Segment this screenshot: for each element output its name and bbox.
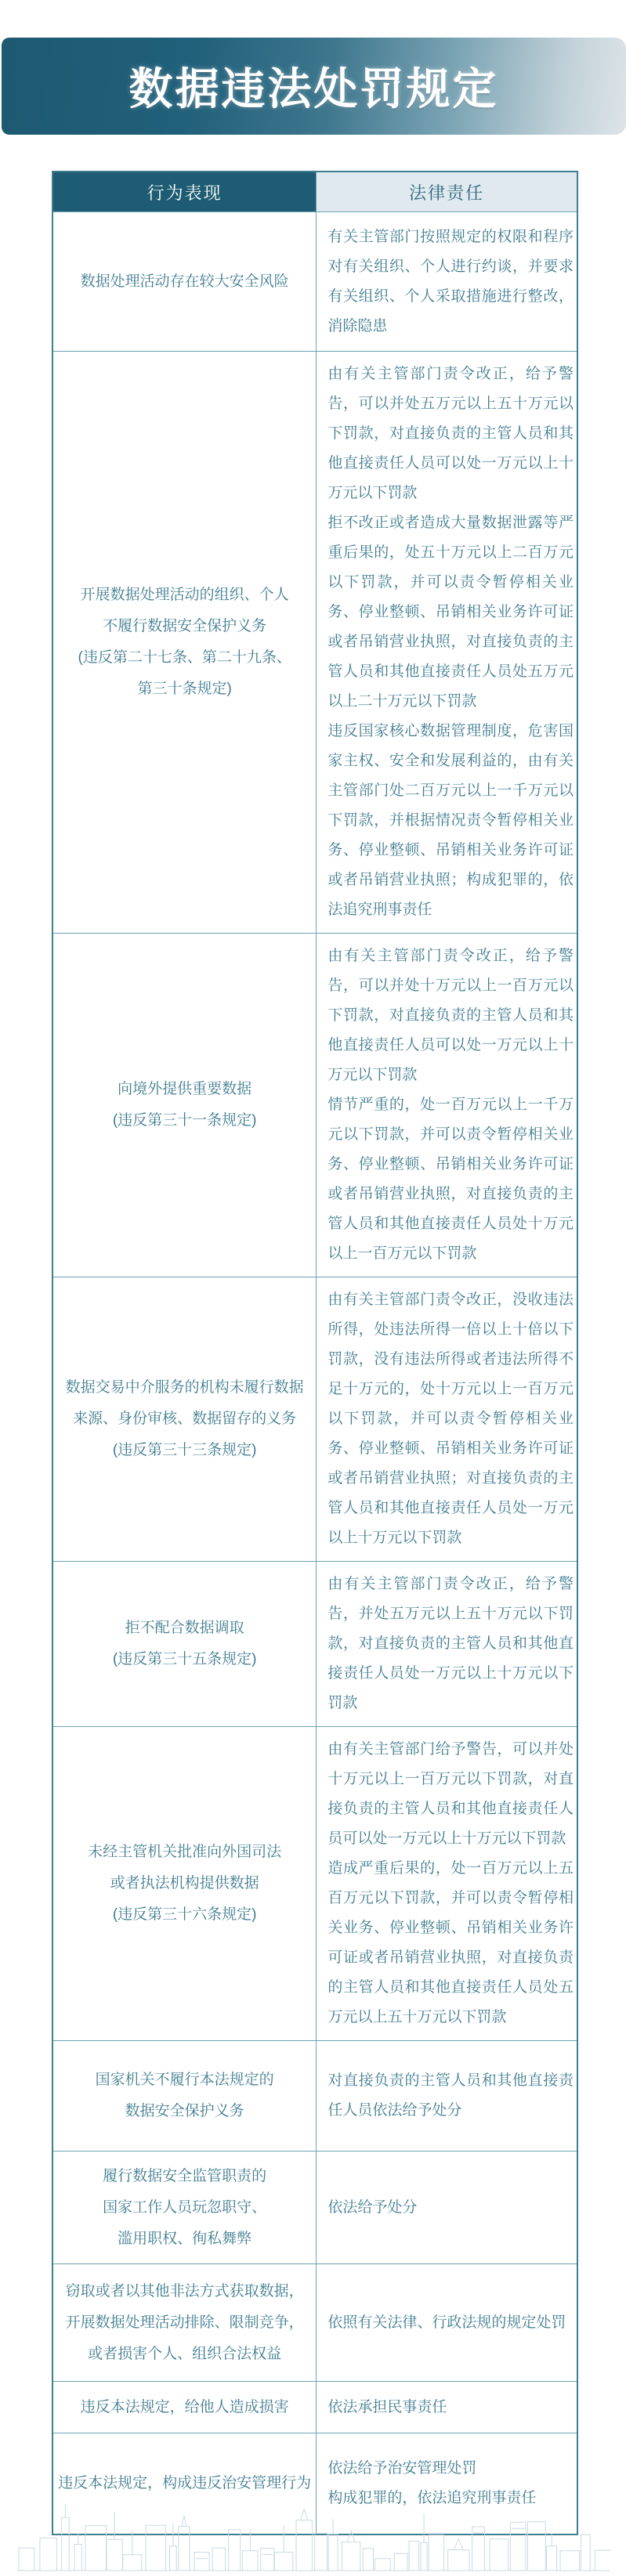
behavior-cell: 履行数据安全监管职责的国家工作人员玩忽职守、滥用职权、徇私舞弊	[53, 2151, 316, 2263]
liability-paragraph: 依法给予治安管理处罚	[327, 2454, 574, 2484]
table-row: 拒不配合数据调取(违反第三十五条规定)由有关主管部门责令改正，给予警告，并处五万…	[53, 1561, 577, 1726]
behavior-line: 或者损害个人、组织合法权益	[58, 2339, 311, 2370]
behavior-line: (违反第三十五条规定)	[58, 1644, 311, 1675]
behavior-line: 滥用职权、徇私舞弊	[58, 2224, 311, 2255]
liability-paragraph: 拒不改正或者造成大量数据泄露等严重后果的，处五十万元以上二百万元以下罚款，并可以…	[327, 508, 574, 717]
behavior-line: 向境外提供重要数据	[58, 1074, 311, 1105]
behavior-line: 窃取或者以其他非法方式获取数据，	[58, 2276, 311, 2307]
table-row: 国家机关不履行本法规定的数据安全保护义务对直接负责的主管人员和其他直接责任人员依…	[53, 2040, 577, 2151]
liability-paragraph: 违反国家核心数据管理制度，危害国家主权、安全和发展利益的，由有关主管部门处二百万…	[327, 717, 574, 925]
behavior-line: 数据处理活动存在较大安全风险	[58, 266, 311, 298]
table-row: 数据交易中介服务的机构未履行数据来源、身份审核、数据留存的义务(违反第三十三条规…	[53, 1277, 577, 1561]
table-row: 向境外提供重要数据(违反第三十一条规定)由有关主管部门责令改正，给予警告，可以并…	[53, 933, 577, 1277]
behavior-line: (违反第三十三条规定)	[58, 1435, 311, 1466]
behavior-line: 国家机关不履行本法规定的	[58, 2065, 311, 2096]
behavior-cell: 数据交易中介服务的机构未履行数据来源、身份审核、数据留存的义务(违反第三十三条规…	[53, 1277, 316, 1561]
behavior-cell: 拒不配合数据调取(违反第三十五条规定)	[53, 1562, 316, 1726]
liability-cell: 依法给予处分	[316, 2151, 577, 2263]
behavior-cell: 违反本法规定，给他人造成损害	[53, 2382, 316, 2433]
table-body: 数据处理活动存在较大安全风险有关主管部门按照规定的权限和程序对有关组织、个人进行…	[53, 211, 577, 2534]
liability-paragraph: 由有关主管部门责令改正，没收违法所得，处违法所得一倍以上十倍以下罚款，没有违法所…	[327, 1285, 574, 1553]
infographic-poster: 数据违法处罚规定 行为表现 法律责任 数据处理活动存在较大安全风险有关主管部门按…	[0, 0, 626, 2576]
liability-cell: 由有关主管部门责令改正，给予警告，可以并处十万元以上一百万元以下罚款，对直接负责…	[316, 934, 577, 1277]
behavior-line: 数据交易中介服务的机构未履行数据	[58, 1372, 311, 1404]
liability-paragraph: 对直接负责的主管人员和其他直接责任人员依法给予处分	[327, 2066, 574, 2126]
behavior-cell: 未经主管机关批准向外国司法或者执法机构提供数据(违反第三十六条规定)	[53, 1727, 316, 2040]
table-row: 未经主管机关批准向外国司法或者执法机构提供数据(违反第三十六条规定)由有关主管部…	[53, 1726, 577, 2040]
liability-cell: 有关主管部门按照规定的权限和程序对有关组织、个人进行约谈，并要求有关组织、个人采…	[316, 212, 577, 351]
page-title: 数据违法处罚规定	[129, 55, 499, 117]
behavior-cell: 国家机关不履行本法规定的数据安全保护义务	[53, 2041, 316, 2151]
liability-cell: 由有关主管部门责令改正，给予警告，并处五万元以上五十万元以下罚款，对直接负责的主…	[316, 1562, 577, 1726]
liability-paragraph: 情节严重的，处一百万元以上一千万元以下罚款，并可以责令暂停相关业务、停业整顿、吊…	[327, 1090, 574, 1269]
skyline-path	[17, 2504, 611, 2571]
behavior-line: 违反本法规定，构成违反治安管理行为	[58, 2468, 311, 2499]
behavior-line: (违反第三十一条规定)	[58, 1105, 311, 1136]
liability-paragraph: 依法承担民事责任	[327, 2393, 574, 2422]
behavior-line: (违反第二十七条、第二十九条、	[58, 642, 311, 674]
liability-paragraph: 依照有关法律、行政法规的规定处罚	[327, 2308, 574, 2338]
liability-paragraph: 造成严重后果的，处一百万元以上五百万元以下罚款，并可以责令暂停相关业务、停业整顿…	[327, 1854, 574, 2032]
behavior-line: 开展数据处理活动的组织、个人	[58, 580, 311, 611]
behavior-line: 履行数据安全监管职责的	[58, 2161, 311, 2192]
liability-paragraph: 有关主管部门按照规定的权限和程序对有关组织、个人进行约谈，并要求有关组织、个人采…	[327, 222, 574, 341]
behavior-line: 开展数据处理活动排除、限制竞争，	[58, 2307, 311, 2339]
table-row: 数据处理活动存在较大安全风险有关主管部门按照规定的权限和程序对有关组织、个人进行…	[53, 211, 577, 351]
behavior-cell: 开展数据处理活动的组织、个人不履行数据安全保护义务(违反第二十七条、第二十九条、…	[53, 352, 316, 933]
behavior-line: 或者执法机构提供数据	[58, 1868, 311, 1899]
liability-paragraph: 由有关主管部门责令改正，给予警告，可以并处十万元以上一百万元以下罚款，对直接负责…	[327, 941, 574, 1090]
liability-cell: 由有关主管部门给予警告，可以并处十万元以上一百万元以下罚款，对直接负责的主管人员…	[316, 1727, 577, 2040]
behavior-cell: 窃取或者以其他非法方式获取数据，开展数据处理活动排除、限制竞争，或者损害个人、组…	[53, 2264, 316, 2381]
column-header-liability: 法律责任	[316, 172, 577, 211]
behavior-line: 未经主管机关批准向外国司法	[58, 1837, 311, 1868]
behavior-cell: 数据处理活动存在较大安全风险	[53, 212, 316, 351]
title-banner: 数据违法处罚规定	[2, 38, 626, 135]
city-skyline-outline	[16, 2496, 611, 2571]
table-row: 违反本法规定，给他人造成损害依法承担民事责任	[53, 2381, 577, 2433]
liability-cell: 由有关主管部门责令改正，没收违法所得，处违法所得一倍以上十倍以下罚款，没有违法所…	[316, 1277, 577, 1561]
liability-cell: 由有关主管部门责令改正，给予警告，可以并处五万元以上五十万元以下罚款，对直接负责…	[316, 352, 577, 933]
behavior-line: 不履行数据安全保护义务	[58, 611, 311, 642]
liability-paragraph: 由有关主管部门给予警告，可以并处十万元以上一百万元以下罚款，对直接负责的主管人员…	[327, 1735, 574, 1854]
behavior-line: 数据安全保护义务	[58, 2096, 311, 2127]
table-row: 窃取或者以其他非法方式获取数据，开展数据处理活动排除、限制竞争，或者损害个人、组…	[53, 2263, 577, 2381]
behavior-line: 违反本法规定，给他人造成损害	[58, 2392, 311, 2423]
table-row: 开展数据处理活动的组织、个人不履行数据安全保护义务(违反第二十七条、第二十九条、…	[53, 351, 577, 933]
liability-paragraph: 依法给予处分	[327, 2193, 574, 2223]
skyline-illustration	[16, 2496, 611, 2571]
column-header-behavior: 行为表现	[53, 172, 316, 211]
table-header-row: 行为表现 法律责任	[53, 172, 577, 211]
behavior-line: 来源、身份审核、数据留存的义务	[58, 1404, 311, 1435]
liability-paragraph: 由有关主管部门责令改正，给予警告，可以并处五万元以上五十万元以下罚款，对直接负责…	[327, 359, 574, 508]
liability-cell: 依照有关法律、行政法规的规定处罚	[316, 2264, 577, 2381]
behavior-line: 拒不配合数据调取	[58, 1613, 311, 1644]
behavior-line: 第三十条规定)	[58, 674, 311, 705]
liability-paragraph: 由有关主管部门责令改正，给予警告，并处五万元以上五十万元以下罚款，对直接负责的主…	[327, 1570, 574, 1718]
penalty-table: 行为表现 法律责任 数据处理活动存在较大安全风险有关主管部门按照规定的权限和程序…	[52, 171, 578, 2535]
behavior-cell: 向境外提供重要数据(违反第三十一条规定)	[53, 934, 316, 1277]
liability-cell: 对直接负责的主管人员和其他直接责任人员依法给予处分	[316, 2041, 577, 2151]
table-row: 履行数据安全监管职责的国家工作人员玩忽职守、滥用职权、徇私舞弊依法给予处分	[53, 2151, 577, 2263]
liability-cell: 依法承担民事责任	[316, 2382, 577, 2433]
behavior-line: 国家工作人员玩忽职守、	[58, 2192, 311, 2224]
behavior-line: (违反第三十六条规定)	[58, 1899, 311, 1931]
